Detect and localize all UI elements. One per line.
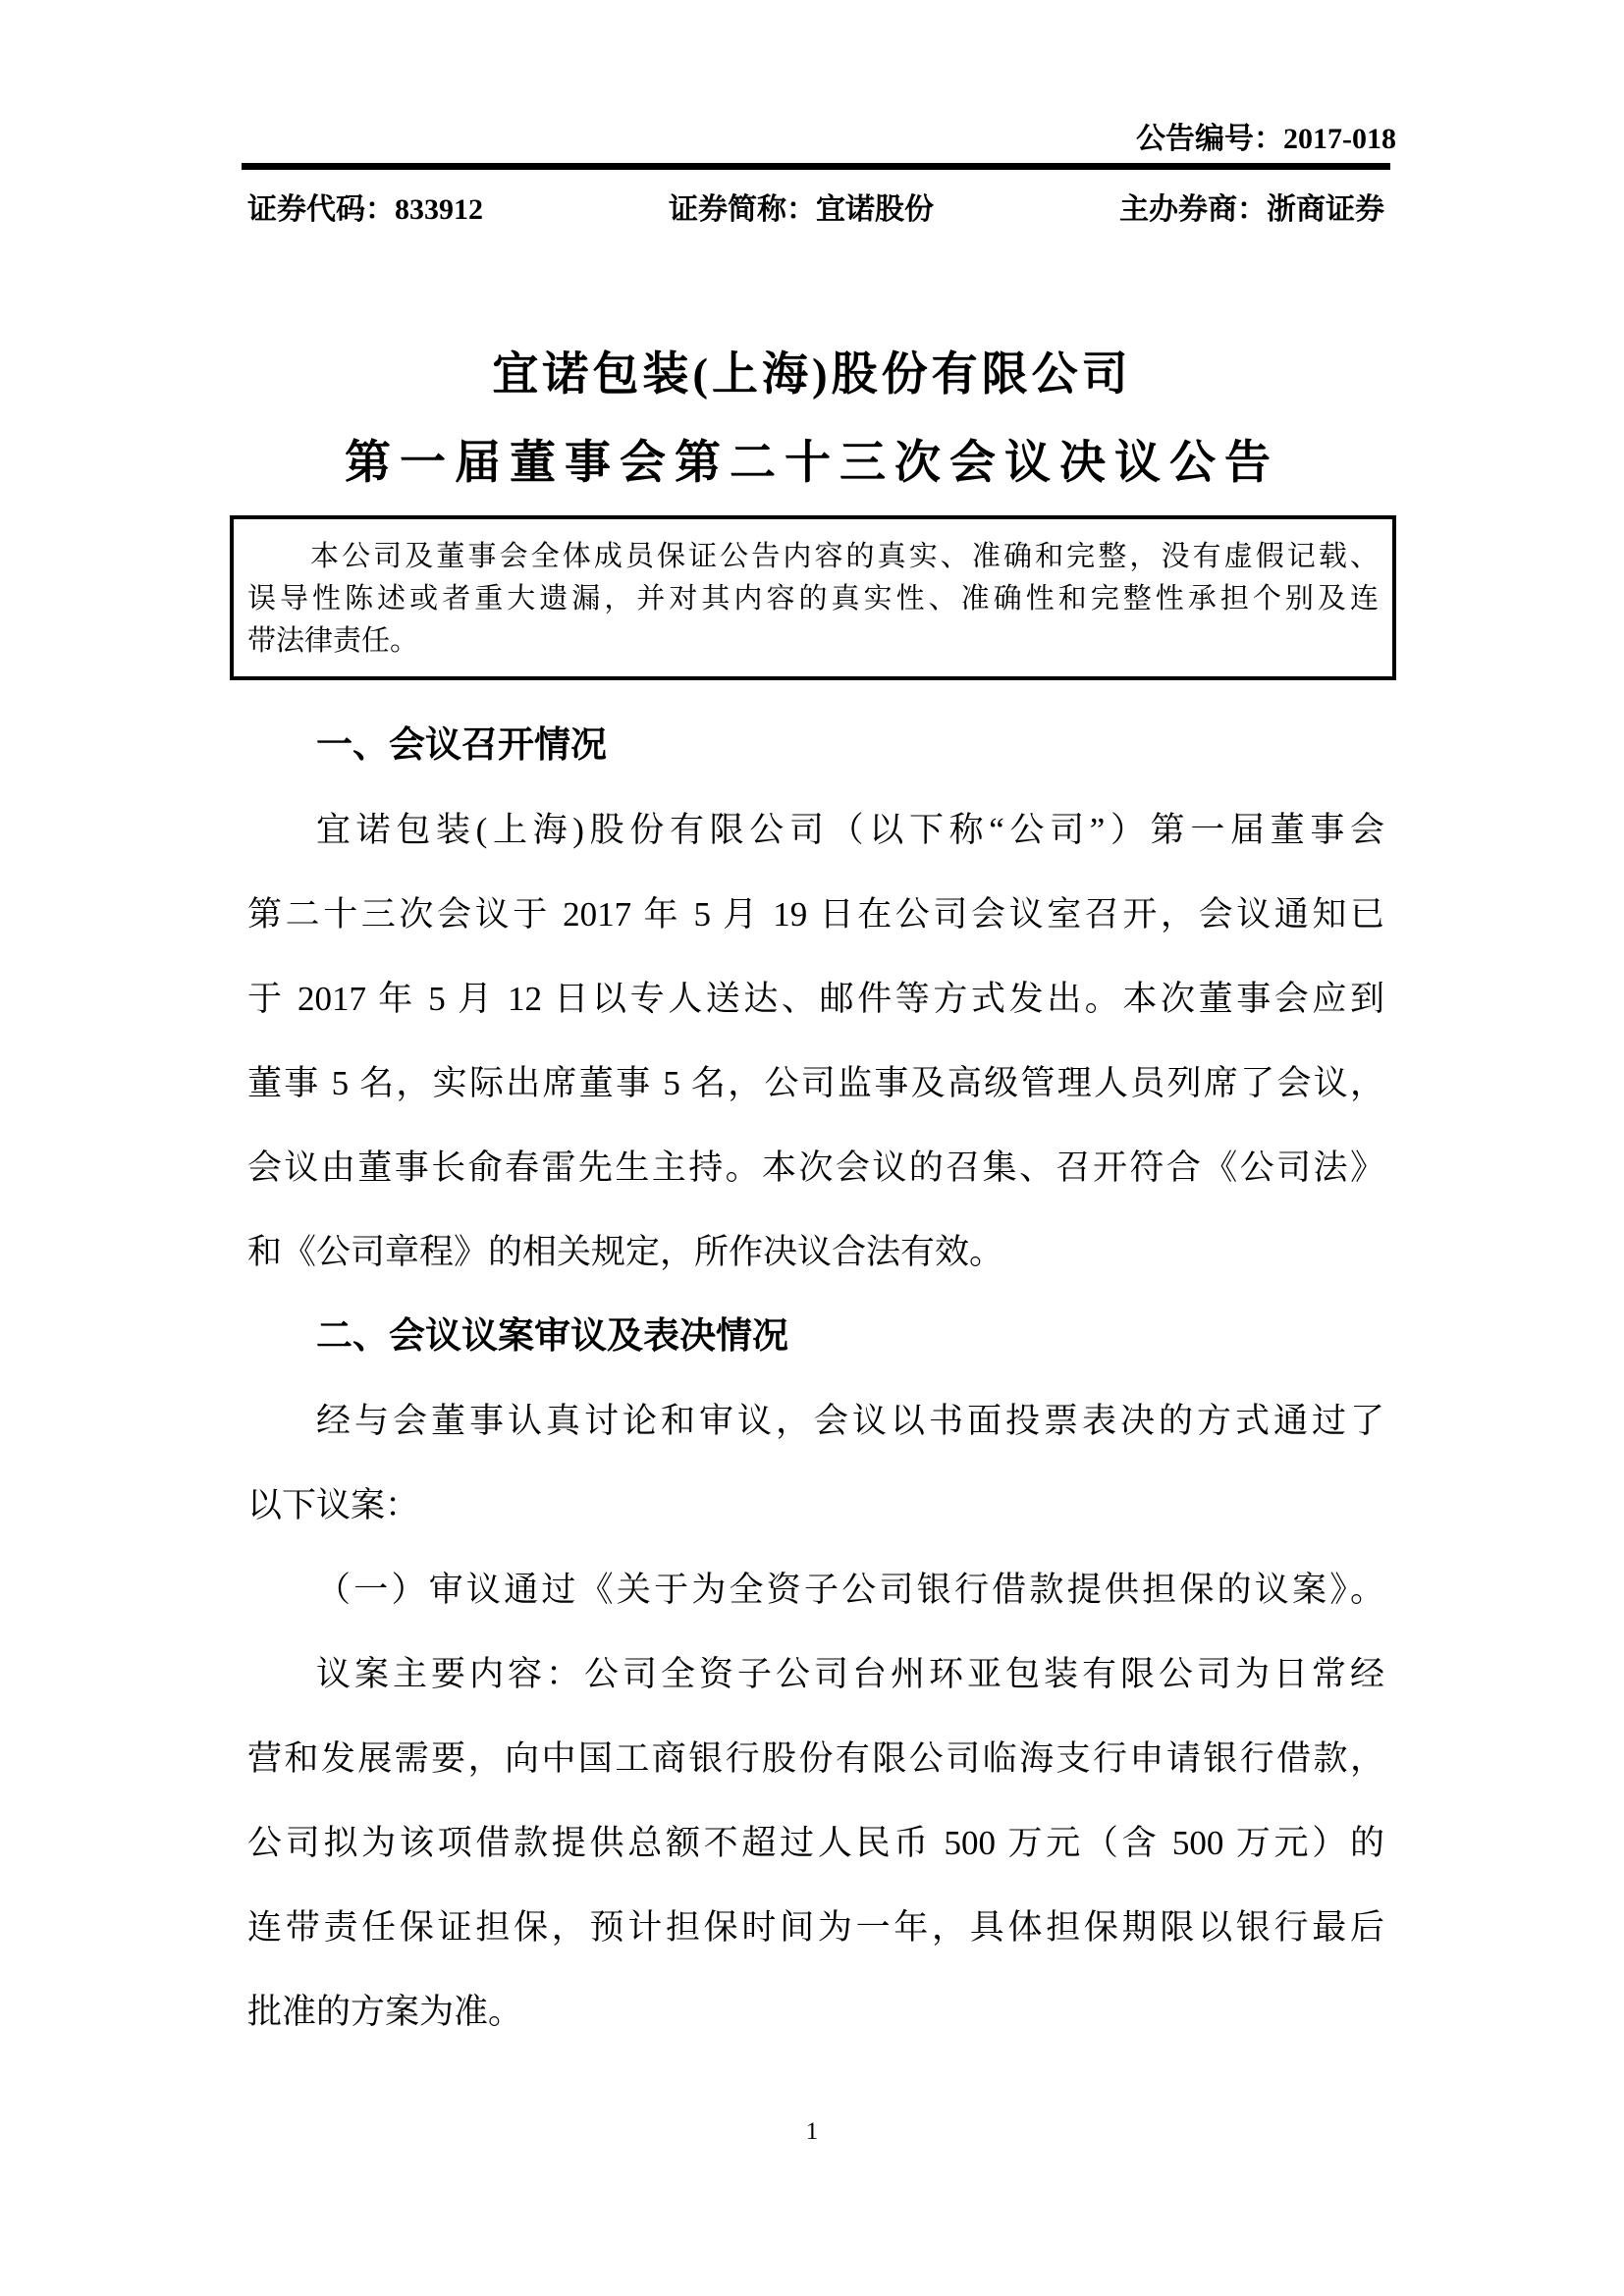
disclaimer-box: 本公司及董事会全体成员保证公告内容的真实、准确和完整，没有虚假记载、 误导性陈述… [230,515,1396,680]
body-line: 营和发展需要，向中国工商银行股份有限公司临海支行申请银行借款， [247,1717,1384,1801]
stock-code: 证券代码：833912 [247,185,483,228]
body-line: 经与会董事认真讨论和审议，会议以书面投票表决的方式通过了 [247,1379,1384,1464]
disclaimer-line: 本公司及董事会全体成员保证公告内容的真实、准确和完整，没有虚假记载、 [247,536,1379,578]
body-line: （一）审议通过《关于为全资子公司银行借款提供担保的议案》。 [247,1548,1384,1632]
body-line: 批准的方案为准。 [247,1970,1384,2055]
body-line: 会议由董事长俞春雷先生主持。本次会议的召集、召开符合《公司法》 [247,1126,1384,1210]
document-body: 一、会议召开情况 宜诺包装(上海)股份有限公司（以下称“公司”）第一届董事会 第… [247,704,1384,2055]
body-line: 议案主要内容：公司全资子公司台州环亚包装有限公司为日常经 [247,1632,1384,1717]
body-line: 以下议案： [247,1464,1384,1548]
sponsor-broker: 主办券商：浙商证券 [1119,185,1384,228]
securities-info-row: 证券代码：833912 证券简称：宜诺股份 主办券商：浙商证券 [247,185,1384,228]
body-line: 公司拟为该项借款提供总额不超过人民币 500 万元（含 500 万元）的 [247,1801,1384,1886]
body-line: 第二十三次会议于 2017 年 5 月 19 日在公司会议室召开，会议通知已 [247,873,1384,957]
section-heading-2: 二、会议议案审议及表决情况 [247,1295,1384,1379]
company-title: 宜诺包装(上海)股份有限公司 [0,338,1624,403]
document-page: 公告编号：2017-018 证券代码：833912 证券简称：宜诺股份 主办券商… [0,0,1624,2296]
header-rule [242,163,1390,170]
disclaimer-line: 带法律责任。 [247,620,1379,663]
body-line: 董事 5 名，实际出席董事 5 名，公司监事及高级管理人员列席了会议， [247,1041,1384,1126]
body-line: 连带责任保证担保，预计担保时间为一年，具体担保期限以银行最后 [247,1886,1384,1970]
stock-short-name: 证券简称：宜诺股份 [669,185,934,228]
announcement-title: 第一届董事会第二十三次会议决议公告 [0,426,1624,492]
announcement-number: 公告编号：2017-018 [1136,114,1396,157]
page-number: 1 [0,2118,1624,2146]
disclaimer-line: 误导性陈述或者重大遗漏，并对其内容的真实性、准确性和完整性承担个别及连 [247,578,1379,620]
body-line: 于 2017 年 5 月 12 日以专人送达、邮件等方式发出。本次董事会应到 [247,957,1384,1041]
section-heading-1: 一、会议召开情况 [247,704,1384,788]
body-line: 和《公司章程》的相关规定，所作决议合法有效。 [247,1210,1384,1295]
body-line: 宜诺包装(上海)股份有限公司（以下称“公司”）第一届董事会 [247,788,1384,873]
